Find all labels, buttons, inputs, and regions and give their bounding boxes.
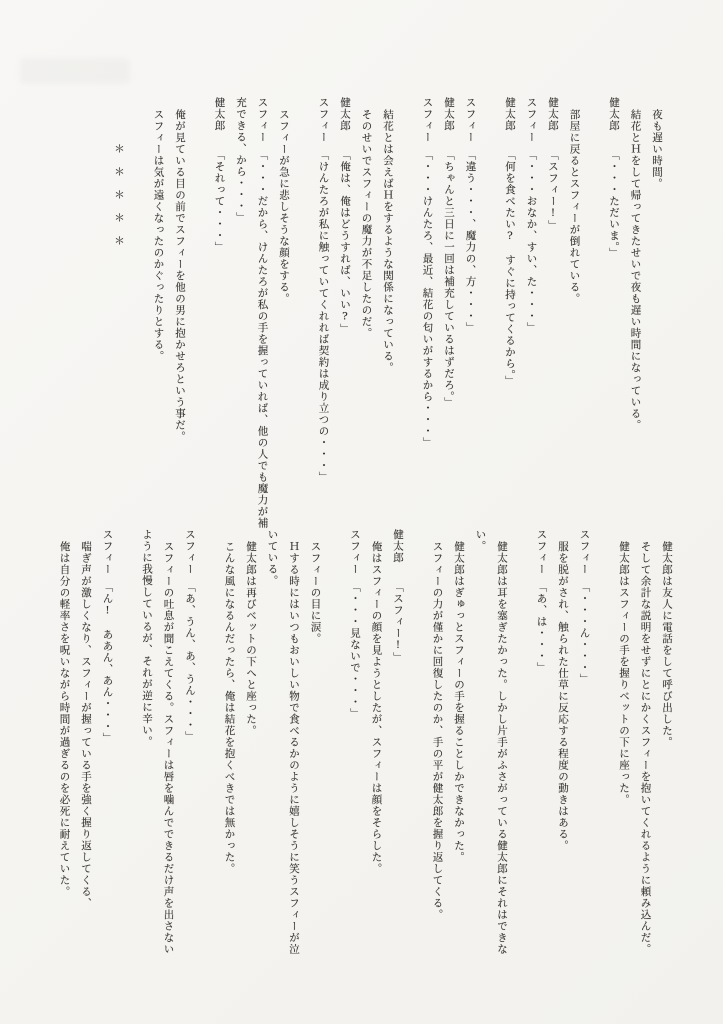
text-line: 俺が見ている目の前でスフィーを他の男に抱かせろという事だ。: [169, 97, 191, 529]
paragraph-group: 健太郎 「スフィー!」俺はスフィーの顔を見ようとしたが、スフィーは顔をそらした。…: [344, 529, 409, 955]
text-line: 健太郎は耳を塞ぎたかった。しかし片手がふさがっている健太郎にそれはできな: [491, 529, 513, 955]
text-line: 健太郎 「それって・・・」: [208, 97, 230, 529]
text-line: 健太郎はぎゅっとスフィーの手を握ることしかできなかった。: [448, 529, 470, 955]
paragraph-group: スフィー 「違う・・・、魔力の、方・・・」健太郎 「ちゃんと三日に一回は補充して…: [416, 97, 481, 529]
text-line: スフィー 「・・・おなか、すい、た・・・」: [520, 97, 542, 529]
text-line: 健太郎 「・・・ただいま。」: [603, 97, 625, 529]
text-block-bottom: 健太郎は友人に電話をして呼び出した。そして余計な説明をせずにとにかくスフィーを抱…: [53, 529, 677, 955]
text-line: 健太郎 「スフィー!」: [542, 97, 564, 529]
text-line: 結花とＨをして帰ってきたせいで夜も遅い時間になっている。: [624, 97, 646, 529]
text-line: こんな風になるんだったら、俺は結花を抱くべきでは無かった。: [218, 529, 240, 955]
text-line: 健太郎 「何を食べたい? すぐに持ってくるから。」: [499, 97, 521, 529]
text-line: スフィー 「あ、うん、あ、うん・・・」: [179, 529, 201, 955]
paragraph-group: ＊ ＊ ＊ ＊ ＊: [108, 97, 130, 529]
paragraph-group: スフィーが急に悲しそうな顔をする。スフィー 「・・・だから、けんたろが私の手を握…: [208, 97, 294, 529]
text-line: 俺はスフィーの顔を見ようとしたが、スフィーは顔をそらした。: [365, 529, 387, 955]
text-line: 充できる、から・・・」: [230, 97, 252, 529]
text-line: スフィーの吐息が聞こえてくる。スフィーは唇を噛んでできるだけ声を出さない: [157, 529, 179, 955]
text-line: スフィー 「ん! ああん、あん・・・」: [96, 529, 118, 955]
paragraph-group: スフィーの目に涙。Ｈする時にはいつもおいしい物で食べるかのように嬉しそうに笑うス…: [218, 529, 326, 955]
text-line: スフィー 「けんたろが私に触っていてくれれば契約は成り立つの・・・」: [312, 97, 334, 529]
text-line: ように我慢しているが、それが逆に辛い。: [136, 529, 158, 955]
text-line: 健太郎 「スフィー!」: [387, 529, 409, 955]
scanned-page: 夜も遅い時間。結花とＨをして帰ってきたせいで夜も遅い時間になっている。健太郎 「…: [0, 0, 723, 1024]
text-line: 俺は自分の軽率さを呪いながら時間が過ぎるのを必死に耐えていた。: [53, 529, 75, 955]
paragraph-group: スフィー 「ん! ああん、あん・・・」喘ぎ声が激しくなり、スフィーが握っている手…: [53, 529, 118, 955]
paragraph-group: 健太郎は友人に電話をして呼び出した。そして余計な説明をせずにとにかくスフィーを抱…: [613, 529, 678, 955]
paragraph-group: スフィー 「あ、うん、あ、うん・・・」スフィーの吐息が聞こえてくる。スフィーは唇…: [136, 529, 201, 955]
text-line: 健太郎はスフィーの手を握りベットの下に座った。: [613, 529, 635, 955]
text-line: Ｈする時にはいつもおいしい物で食べるかのように嬉しそうに笑うスフィーが泣: [283, 529, 305, 955]
paragraph-group: 部屋に戻るとスフィーが倒れている。健太郎 「スフィー!」スフィー 「・・・おなか…: [499, 97, 585, 529]
paragraph-group: 健太郎は耳を塞ぎたかった。しかし片手がふさがっている健太郎にそれはできない。健太…: [426, 529, 512, 955]
text-line: 健太郎 「ちゃんと三日に一回は補充しているはずだろ。」: [438, 97, 460, 529]
text-line: スフィー 「・・・だから、けんたろが私の手を握っていれば、他の人でも魔力が補: [251, 97, 273, 529]
paragraph-group: 結花とは会えばＨをするような関係になっている。そのせいでスフィーの魔力が不足した…: [312, 97, 398, 529]
text-line: 喘ぎ声が激しくなり、スフィーが握っている手を強く握り返してくる、: [75, 529, 97, 955]
text-line: 夜も遅い時間。: [646, 97, 668, 529]
text-line: スフィーの目に涙。: [304, 529, 326, 955]
text-line: いている。: [261, 529, 283, 955]
text-line: 健太郎は友人に電話をして呼び出した。: [656, 529, 678, 955]
text-line: 健太郎 「俺は、俺はどうすれば、いい?」: [334, 97, 356, 529]
text-line: 服を脱がされ、触られた仕草に反応する程度の動きはある。: [552, 529, 574, 955]
text-line: スフィーが急に悲しそうな顔をする。: [273, 97, 295, 529]
text-line: 結花とは会えばＨをするような関係になっている。: [377, 97, 399, 529]
text-line: そして余計な説明をせずにとにかくスフィーを抱いてくれるように頼み込んだ。: [634, 529, 656, 955]
text-line: スフィー 「違う・・・、魔力の、方・・・」: [459, 97, 481, 529]
text-line: そのせいでスフィーの魔力が不足したのだ。: [355, 97, 377, 529]
text-line: スフィー 「・・・ん・・・」: [573, 529, 595, 955]
paragraph-group: スフィー 「・・・ん・・・」服を脱がされ、触られた仕草に反応する程度の動きはある…: [530, 529, 595, 955]
text-block-top: 夜も遅い時間。結花とＨをして帰ってきたせいで夜も遅い時間になっている。健太郎 「…: [108, 97, 668, 529]
scan-artifact: [20, 58, 130, 84]
text-line: 健太郎は再びベットの下へと座った。: [240, 529, 262, 955]
text-line: スフィーの力が僅かに回復したのか、手の平が健太郎を握り返してくる。: [426, 529, 448, 955]
text-line: い。: [469, 529, 491, 955]
paragraph-group: 俺が見ている目の前でスフィーを他の男に抱かせろという事だ。スフィーは気が遠くなっ…: [147, 97, 190, 529]
text-line: スフィーは気が遠くなったのかぐったりとする。: [147, 97, 169, 529]
text-line: スフィー 「・・・見ないで・・・」: [344, 529, 366, 955]
section-separator: ＊ ＊ ＊ ＊ ＊: [108, 97, 130, 529]
text-line: 部屋に戻るとスフィーが倒れている。: [563, 97, 585, 529]
text-line: スフィー 「・・・けんたろ、最近、結花の匂いがするから・・・」: [416, 97, 438, 529]
paragraph-group: 夜も遅い時間。結花とＨをして帰ってきたせいで夜も遅い時間になっている。健太郎 「…: [603, 97, 668, 529]
text-line: スフィー 「あ、は・・・」: [530, 529, 552, 955]
